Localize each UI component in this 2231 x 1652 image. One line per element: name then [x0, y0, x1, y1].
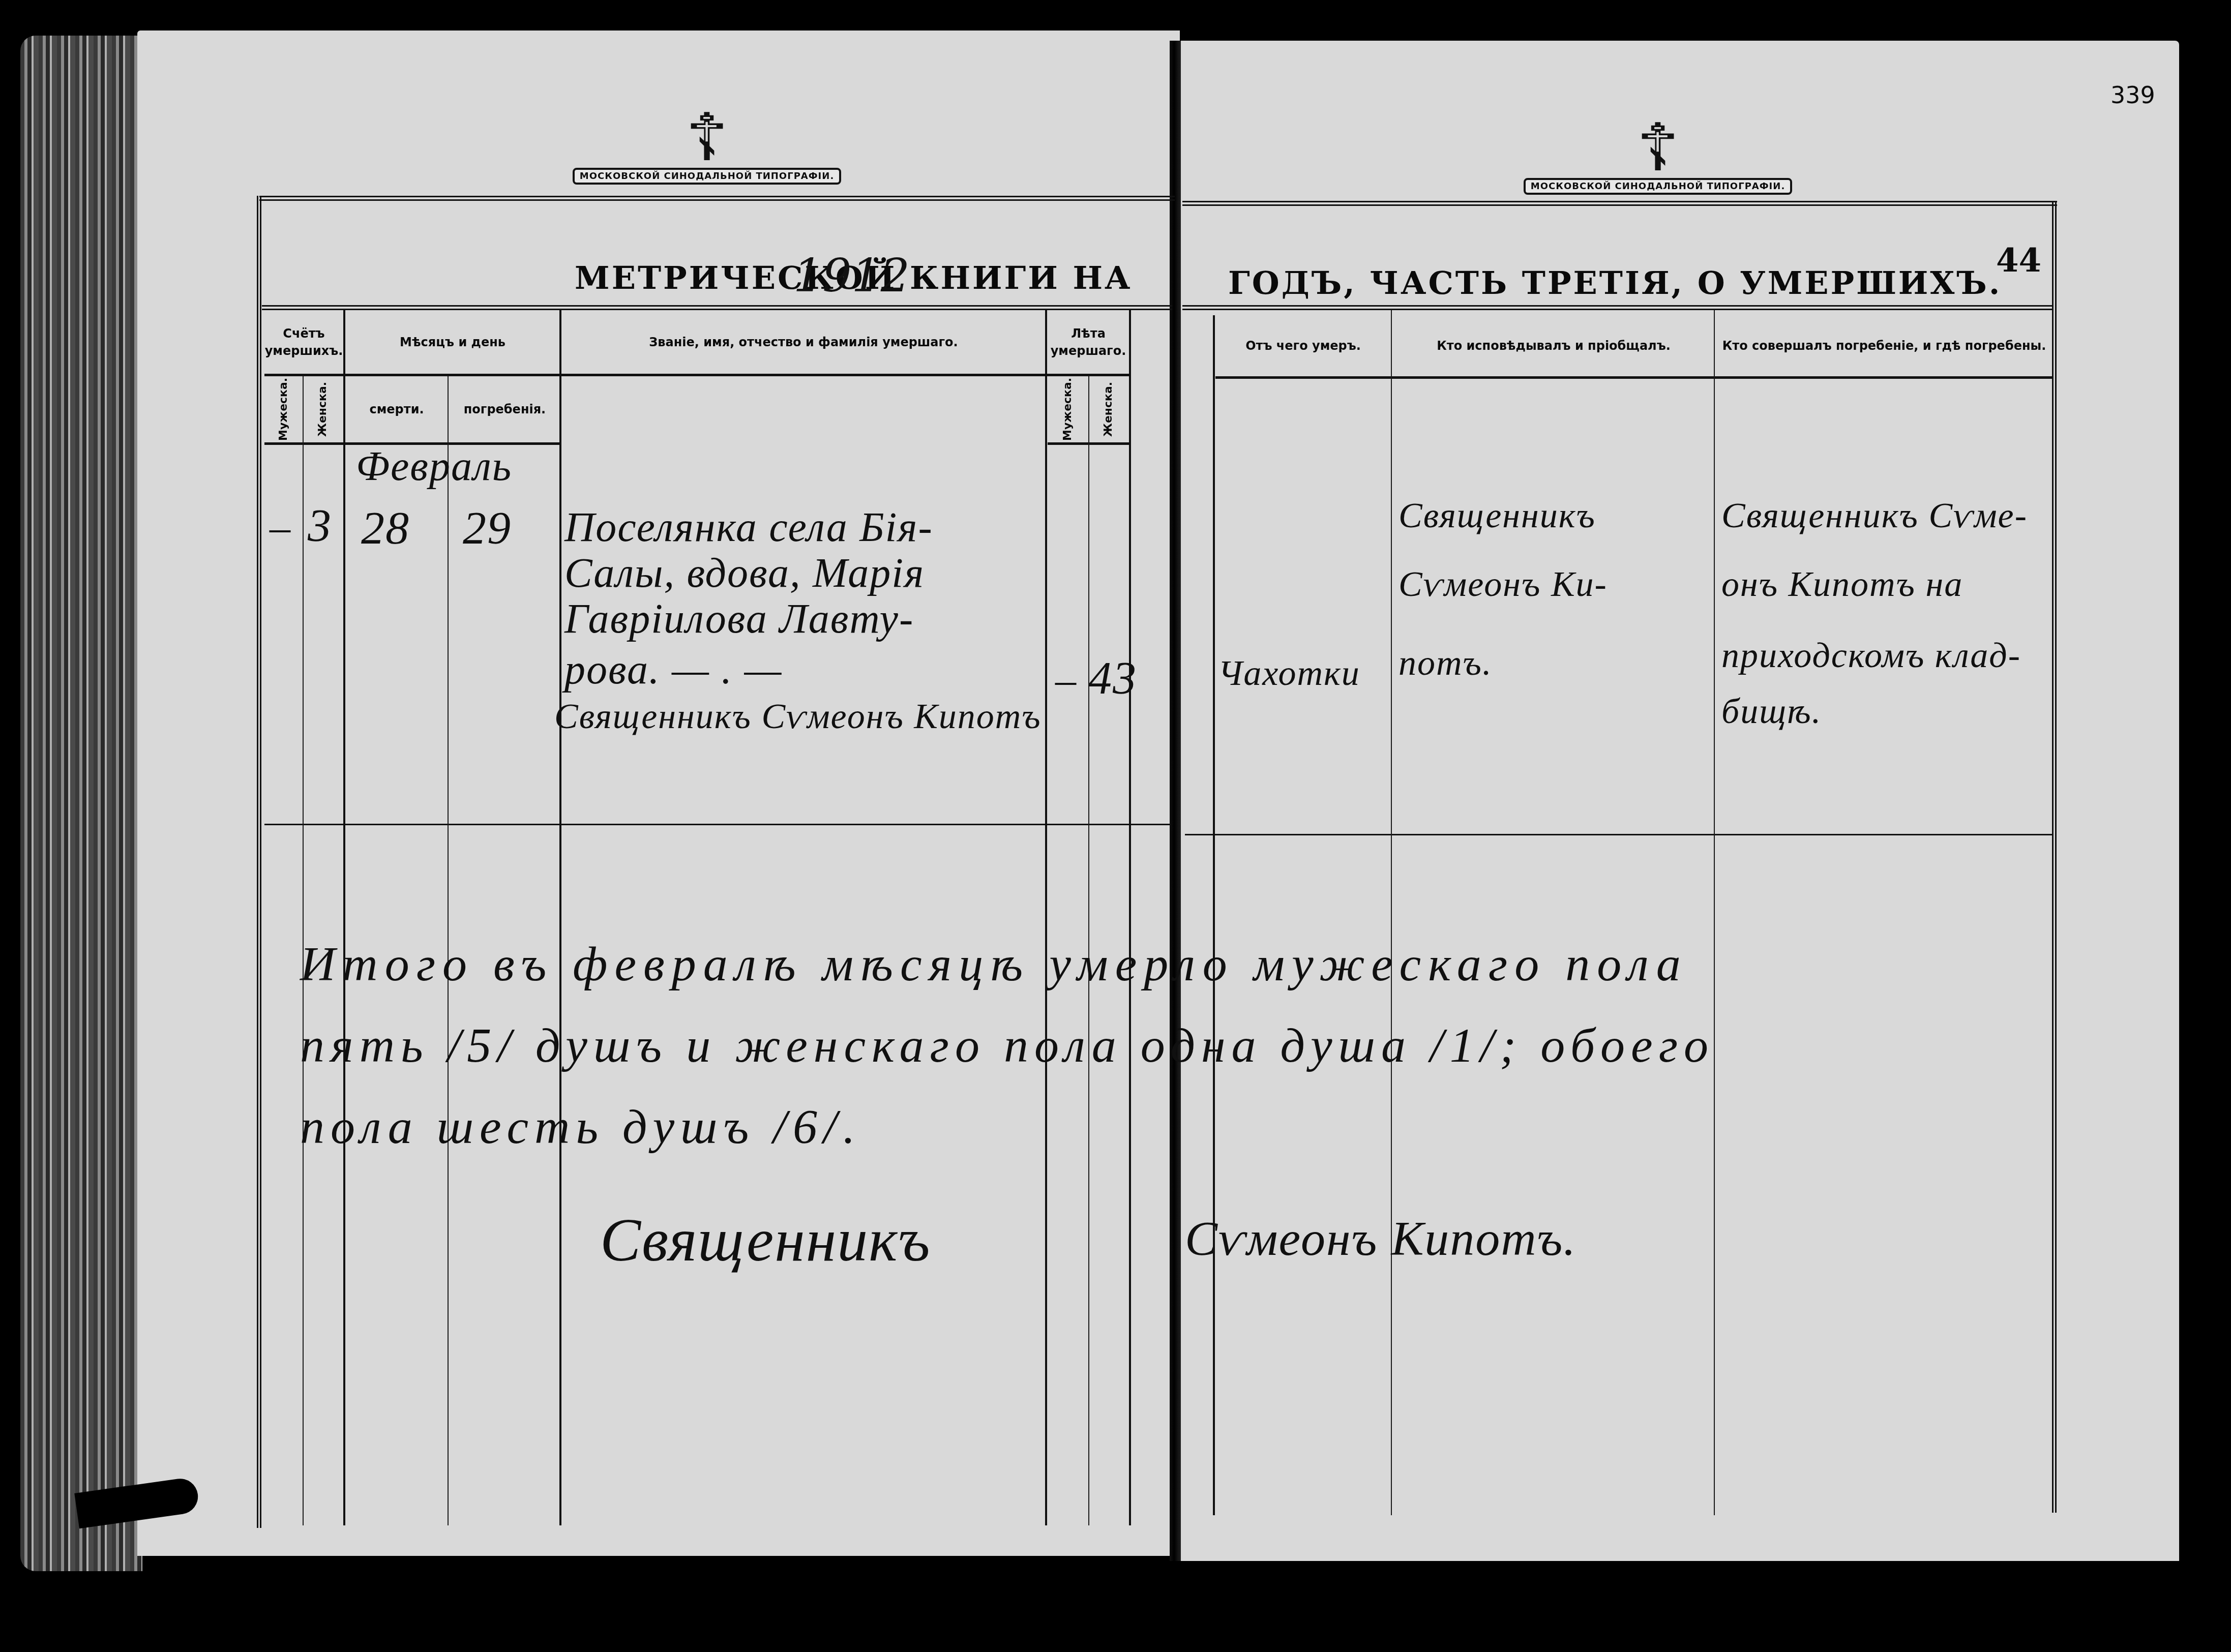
imperial-eagle-emblem-left: ☦ МОСКОВСКОЙ СИНОДАЛЬНОЙ ТИПОГРАФІИ.: [626, 102, 788, 198]
col-line-confessor: [1391, 310, 1392, 1515]
header-confessor: Кто исповѣдывалъ и пріобщалъ.: [1393, 315, 1714, 376]
folio-number: 339: [2110, 81, 2155, 109]
col-line-female: [343, 310, 345, 1525]
header-name: Званіе, имя, отчество и фамилія умершаго…: [562, 310, 1045, 374]
frame-top-right: [1182, 201, 2057, 206]
header-age: Лѣта умершаго.: [1048, 310, 1129, 374]
col-line-burial-by: [1714, 310, 1715, 1515]
entry-burial-by-line-4: бищѣ.: [1721, 692, 1822, 732]
col-line-cause: [1213, 315, 1215, 1515]
entry-age-male: –: [1055, 656, 1077, 704]
entry-name-line-4: рова. — . —: [564, 646, 782, 694]
header-burial-by: Кто совершалъ погребеніе, и гдѣ погребен…: [1716, 315, 2052, 376]
entry-name-line-1: Поселянка села Бія-: [564, 503, 933, 551]
header-mid-line-left: [264, 374, 1129, 376]
summary-signature-name: Сѵмеонъ Кипотъ.: [1185, 1210, 1576, 1267]
entry-burial-by-line-1: Священникъ Сѵме-: [1721, 496, 2028, 536]
double-headed-eagle-icon: ☦: [686, 102, 728, 173]
col-line-burial: [559, 310, 561, 1525]
entry-death-day: 28: [361, 501, 410, 555]
header-top-line-right: [1182, 305, 2052, 310]
header-burial: погребенія.: [450, 379, 559, 440]
entry-female-count: 3: [308, 498, 332, 552]
summary-line-3: пола шесть душъ /6/.: [300, 1098, 861, 1155]
entry-confessor-line-2: Сѵмеонъ Ки-: [1399, 564, 1608, 605]
entry-separator-right: [1185, 834, 2052, 835]
entry-confessor-line-3: потъ.: [1399, 643, 1492, 684]
header-month-day: Мѣсяцъ и день: [346, 310, 559, 374]
frame-right: [2052, 201, 2057, 1513]
entry-month: Февраль: [356, 442, 512, 490]
book-page-edges: [20, 36, 142, 1571]
entry-confessor-line-1: Священникъ: [1399, 496, 1596, 536]
entry-male-count: –: [270, 503, 291, 551]
summary-line-2: пять /5/ душъ и женскаго пола одна душа …: [300, 1017, 1714, 1073]
entry-burial-by-line-2: онъ Кипотъ на: [1721, 564, 1963, 605]
imperial-eagle-emblem-right: ☦ МОСКОВСКОЙ СИНОДАЛЬНОЙ ТИПОГРАФІИ.: [1576, 112, 1739, 208]
header-cause: Отъ чего умеръ.: [1215, 315, 1391, 376]
summary-signature-title: Священникъ: [600, 1205, 931, 1275]
printer-ribbon: МОСКОВСКОЙ СИНОДАЛЬНОЙ ТИПОГРАФІИ.: [573, 168, 841, 185]
book-spine: [1170, 41, 1181, 1561]
header-count-deceased: Счётъ умершихъ.: [264, 310, 343, 374]
entry-cause: Чахотки: [1218, 653, 1360, 694]
register-title-right: ГОДЪ, ЧАСТЬ ТРЕТІЯ, О УМЕРШИХЪ.: [1228, 264, 2002, 302]
summary-line-1: Итого въ февралѣ мѣсяцѣ умерло мужескаго…: [300, 936, 1688, 992]
col-line-age: [1045, 310, 1047, 1525]
entry-name-signature: Священникъ Сѵмеонъ Кипотъ: [554, 697, 1042, 737]
page-number: 44: [1996, 242, 2041, 280]
header-mid-line-right: [1215, 376, 2052, 379]
entry-age-female: 43: [1088, 651, 1137, 705]
register-year: 1912: [793, 249, 910, 303]
header-age-female: Женска.: [1091, 379, 1126, 440]
frame-top-left: [259, 196, 1175, 201]
header-age-male: Мужеска.: [1050, 379, 1086, 440]
header-count-male: Мужеска.: [269, 379, 299, 440]
entry-name-line-2: Салы, вдова, Марія: [564, 549, 925, 597]
frame-left: [257, 196, 261, 1528]
double-headed-eagle-icon: ☦: [1637, 112, 1679, 183]
header-top-line-left: [262, 305, 1172, 310]
header-death: смерти.: [346, 379, 448, 440]
entry-burial-day: 29: [463, 501, 512, 555]
entry-separator-left: [264, 824, 1170, 825]
entry-name-line-3: Гавріилова Лавту-: [564, 595, 914, 643]
col-line-age-end: [1129, 310, 1131, 1525]
header-count-female: Женска.: [308, 379, 338, 440]
printer-ribbon: МОСКОВСКОЙ СИНОДАЛЬНОЙ ТИПОГРАФІИ.: [1524, 178, 1792, 195]
entry-burial-by-line-3: приходскомъ клад-: [1721, 636, 2021, 676]
